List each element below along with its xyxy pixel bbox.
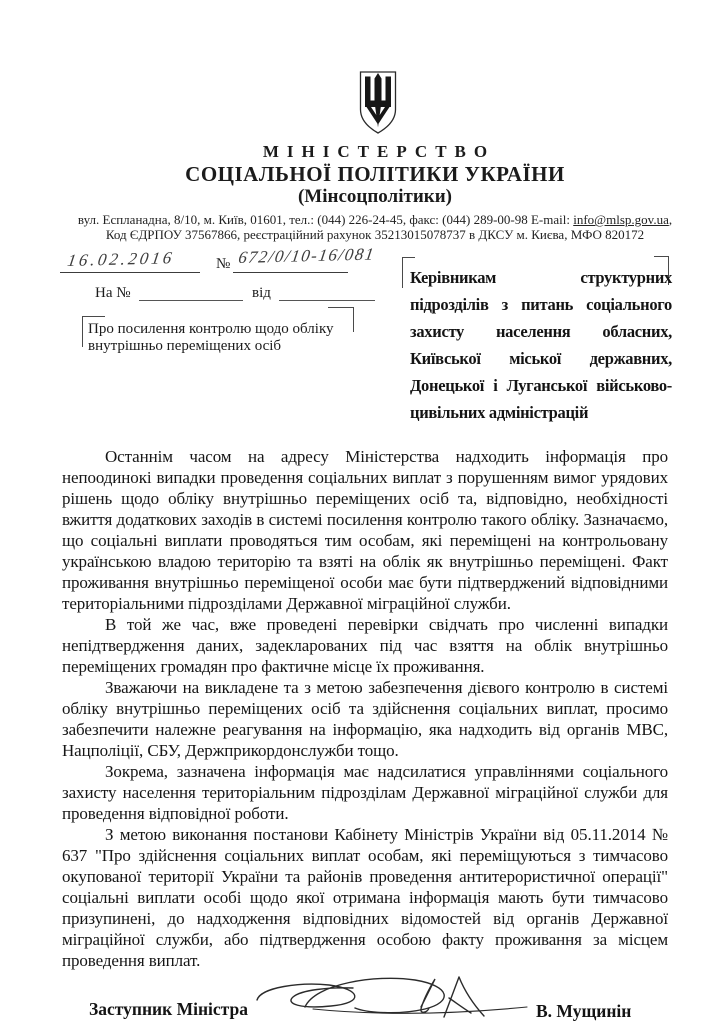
scanned-letter-page: МІНІСТЕРСТВО СОЦІАЛЬНОЇ ПОЛІТИКИ УКРАЇНИ… [0,0,728,1024]
address-text: вул. Еспланадна, 8/10, м. Київ, 01601, т… [78,212,573,227]
signatory-name: В. Мущинін [536,1001,631,1022]
handwritten-signature-icon [243,972,533,1024]
reply-number-blank [139,300,243,301]
email-text: info@mlsp.gov.ua [573,212,669,227]
outgoing-number-handwritten: 672/0/10-16/081 [237,244,376,268]
ministry-name-full: СОЦІАЛЬНОЇ ПОЛІТИКИ УКРАЇНИ [22,163,728,185]
addressee-block: Керівникам структурних підрозділів з пит… [410,264,672,426]
body-paragraph: Зокрема, зазначена інформація має надсил… [62,761,668,824]
body-paragraph: Останнім часом на адресу Міністерства на… [62,446,668,614]
address-suffix: , [669,212,672,227]
body-paragraph: В той же час, вже проведені перевірки св… [62,614,668,677]
letterhead-bank-details: Код ЄДРПОУ 37567866, реєстраційний рахун… [22,228,728,242]
date-underline [60,272,200,273]
letter-body: Останнім часом на адресу Міністерства на… [62,446,668,971]
body-paragraph: З метою виконання постанови Кабінету Мін… [62,824,668,971]
reply-date-blank [279,300,375,301]
signatory-title: Заступник Міністра [89,999,248,1020]
body-paragraph: Зважаючи на викладене та з метою забезпе… [62,677,668,761]
number-underline [233,272,348,273]
number-sign-label: № [216,256,230,273]
reply-number-label: На № [95,285,131,302]
subject-text: Про посилення контролю щодо обліку внутр… [88,321,340,354]
ukraine-trident-emblem-icon [358,70,398,136]
letterhead: МІНІСТЕРСТВО СОЦІАЛЬНОЇ ПОЛІТИКИ УКРАЇНИ… [22,143,728,242]
outgoing-date-handwritten: 16.02.2016 [66,248,176,271]
ministry-short-name: (Мінсоцполітики) [22,187,728,207]
reply-date-label: від [252,285,271,302]
letterhead-address-line: вул. Еспланадна, 8/10, м. Київ, 01601, т… [22,213,728,227]
ministry-name-caps: МІНІСТЕРСТВО [22,143,728,161]
